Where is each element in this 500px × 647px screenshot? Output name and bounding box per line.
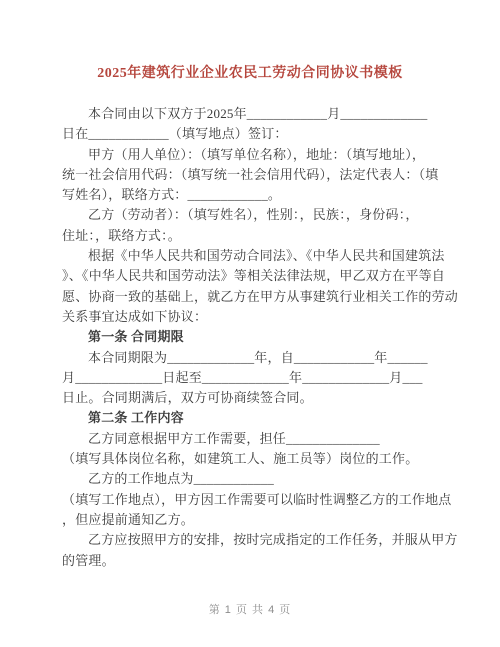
section-2-line-4: （填写工作地点），甲方因工作需要可以临时性调整乙方的工作地点 (62, 490, 444, 510)
section-1-heading: 第一条 合同期限 (62, 327, 444, 347)
party-b-line-1: 乙方（劳动者）：（填写姓名），性别：，民族：，身份码：， (62, 205, 444, 225)
party-a-line-3: 写姓名），联络方式：____________。 (62, 185, 444, 205)
legal-basis-line-1: 根据《中华人民共和国劳动合同法》、《中华人民共和国建筑法 (62, 246, 444, 266)
party-a-line-1: 甲方（用人单位）：（填写单位名称），地址：（填写地址）， (62, 145, 444, 165)
section-2-line-7: 的管理。 (62, 551, 444, 571)
legal-basis-line-3: 愿、协商一致的基础上，就乙方在甲方从事建筑行业相关工作的劳动 (62, 287, 444, 307)
party-b-line-2: 住址：，联络方式：。 (62, 226, 444, 246)
section-1-line-2: 月_____________日起至_____________年_________… (62, 368, 444, 388)
section-2-line-5: ，但应提前通知乙方。 (62, 510, 444, 530)
section-1-line-1: 本合同期限为_____________年，自____________年_____… (62, 348, 444, 368)
section-2-line-2: （填写具体岗位名称，如建筑工人、施工员等）岗位的工作。 (62, 449, 444, 469)
section-2-line-3: 乙方的工作地点为____________ (62, 469, 444, 489)
section-2-heading: 第二条 工作内容 (62, 408, 444, 428)
party-a-line-2: 统一社会信用代码：（填写统一社会信用代码），法定代表人：（填 (62, 165, 444, 185)
contract-intro-line-2: 日在____________（填写地点）签订： (62, 124, 444, 144)
legal-basis-line-4: 关系事宜达成如下协议： (62, 307, 444, 327)
document-title: 2025年建筑行业企业农民工劳动合同协议书模板 (0, 62, 500, 82)
legal-basis-line-2: 》、《中华人民共和国劳动法》等相关法律法规，甲乙双方在平等自 (62, 266, 444, 286)
page-number-footer: 第 1 页 共 4 页 (0, 601, 500, 617)
contract-intro-line-1: 本合同由以下双方于2025年____________月_____________ (62, 104, 444, 124)
section-2-line-1: 乙方同意根据甲方工作需要，担任______________ (62, 429, 444, 449)
section-1-line-3: 日止。合同期满后，双方可协商续签合同。 (62, 388, 444, 408)
document-body: 本合同由以下双方于2025年____________月_____________… (62, 104, 444, 571)
document-page: 2025年建筑行业企业农民工劳动合同协议书模板 本合同由以下双方于2025年__… (0, 0, 500, 647)
section-2-line-6: 乙方应按照甲方的安排，按时完成指定的工作任务，并服从甲方 (62, 530, 444, 550)
